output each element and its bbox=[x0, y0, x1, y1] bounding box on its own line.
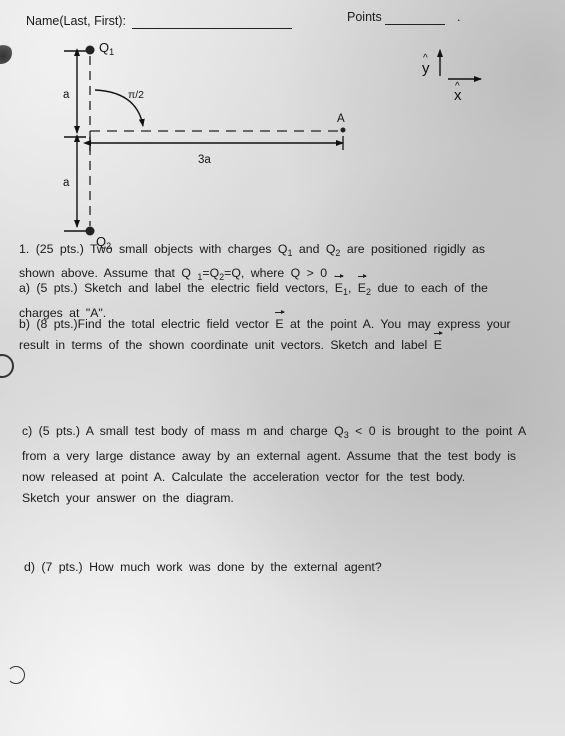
part-b: b) (8 pts.)Find the total electric field… bbox=[19, 314, 511, 356]
part-b-points: (8 pts.) bbox=[36, 317, 77, 331]
part-c: c) (5 pts.) A small test body of mass m … bbox=[22, 421, 526, 509]
q1-label: Q1 bbox=[99, 40, 114, 57]
charge-q2 bbox=[86, 227, 95, 236]
svg-text:a: a bbox=[63, 177, 70, 189]
charge-diagram: Q1 Q2 A a a 3a π/2 y ^ x ^ bbox=[0, 0, 565, 260]
part-d-label: d) bbox=[24, 560, 35, 574]
part-b-label: b) bbox=[19, 317, 30, 331]
part-c-label: c) bbox=[22, 424, 32, 438]
svg-text:3a: 3a bbox=[198, 154, 211, 166]
svg-text:π/2: π/2 bbox=[128, 89, 144, 101]
part-a-label: a) bbox=[19, 281, 30, 295]
svg-text:^: ^ bbox=[423, 53, 428, 64]
part-a-points: (5 pts.) bbox=[36, 281, 77, 295]
part-d: d) (7 pts.) How much work was done by th… bbox=[24, 557, 382, 578]
svg-text:^: ^ bbox=[455, 81, 460, 92]
part-c-points: (5 pts.) bbox=[39, 424, 80, 438]
problem-number: 1. bbox=[19, 242, 29, 256]
e-vector-symbol-2: E bbox=[434, 335, 442, 356]
point-a bbox=[341, 128, 346, 133]
binder-hole-bottom bbox=[7, 666, 25, 684]
e2-vector-symbol: E bbox=[358, 278, 366, 299]
charge-q1 bbox=[86, 46, 95, 55]
svg-text:a: a bbox=[63, 89, 70, 101]
e1-vector-symbol: E bbox=[335, 278, 343, 299]
point-a-label: A bbox=[337, 113, 345, 125]
e-vector-symbol: E bbox=[275, 314, 283, 335]
problem-points: (25 pts.) bbox=[36, 242, 84, 256]
binder-hole-middle bbox=[0, 354, 14, 378]
part-d-points: (7 pts.) bbox=[41, 560, 82, 574]
